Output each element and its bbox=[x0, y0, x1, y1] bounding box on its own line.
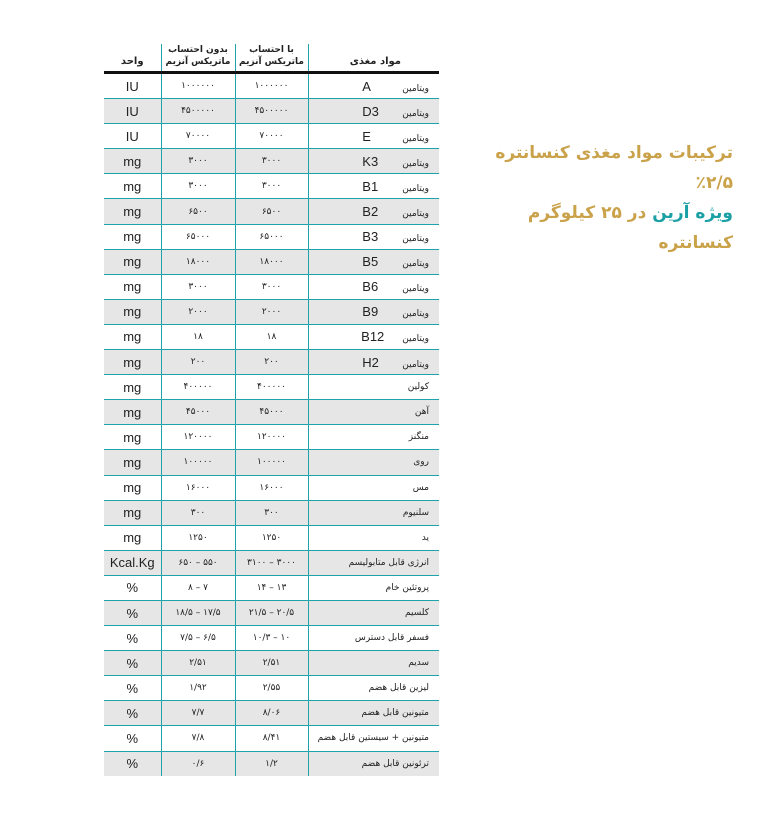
table-header-row: مواد مغذی با احتساب ماتریکس آنزیم بدون ا… bbox=[104, 44, 439, 73]
nutrient-name: انرژی قابل متابولیسم bbox=[349, 558, 429, 568]
value-without-matrix: ۳۰۰۰ bbox=[161, 174, 235, 199]
table-row: ترئونین قابل هضم۱/۲۰/۶% bbox=[104, 751, 439, 776]
value-with-matrix: ۲۰۰۰ bbox=[235, 299, 308, 324]
nutrient-name: سدیم bbox=[408, 658, 429, 668]
nutrient-code: B2 bbox=[362, 204, 384, 219]
nutrient-name: منگنز bbox=[409, 432, 429, 442]
nutrient-name: فسفر قابل دسترس bbox=[355, 633, 429, 643]
unit-cell: IU bbox=[104, 99, 161, 124]
value-with-matrix: ۱۲۵۰ bbox=[235, 525, 308, 550]
unit-cell: % bbox=[104, 626, 161, 651]
value-with-matrix: ۷۰۰۰۰ bbox=[235, 124, 308, 149]
value-with-matrix: ۳۰۰۰ bbox=[235, 274, 308, 299]
table-row: متیونین + سیستین قابل هضم۸/۴۱۷/۸% bbox=[104, 726, 439, 751]
table-row: انرژی قابل متابولیسم۳۰۰۰ – ۳۱۰۰۵۵۰ – ۶۵۰… bbox=[104, 550, 439, 575]
nutrient-name: ترئونین قابل هضم bbox=[362, 759, 429, 769]
nutrient-name-cell: مس bbox=[308, 475, 439, 500]
page-title: ترکیبات مواد مغذی کنسانتره ۲/۵٪ ویژه آری… bbox=[455, 138, 733, 258]
value-with-matrix: ۱۳ – ۱۴ bbox=[235, 575, 308, 600]
value-with-matrix: ۱۸ bbox=[235, 324, 308, 349]
value-without-matrix: ۱۲۰۰۰۰ bbox=[161, 425, 235, 450]
table-body: ویتامینA۱۰۰۰۰۰۰۱۰۰۰۰۰۰IUویتامینD3۴۵۰۰۰۰۰… bbox=[104, 73, 439, 776]
nutrient-code: A bbox=[362, 79, 384, 94]
value-without-matrix: ۴۵۰۰۰ bbox=[161, 400, 235, 425]
table-row: ویتامینB3۶۵۰۰۰۶۵۰۰۰mg bbox=[104, 224, 439, 249]
unit-cell: mg bbox=[104, 149, 161, 174]
unit-cell: mg bbox=[104, 375, 161, 400]
value-without-matrix: ۲۰۰ bbox=[161, 350, 235, 375]
nutrient-name: آهن bbox=[415, 407, 429, 417]
nutrient-name-cell: ویتامینH2 bbox=[308, 350, 439, 375]
nutrient-name: سلنیوم bbox=[403, 508, 429, 518]
table-row: ویتامینB2۶۵۰۰۶۵۰۰mg bbox=[104, 199, 439, 224]
nutrient-name-cell: متیونین قابل هضم bbox=[308, 701, 439, 726]
nutrient-name: مس bbox=[413, 483, 429, 493]
nutrient-name: متیونین + سیستین قابل هضم bbox=[318, 733, 429, 743]
table-row: فسفر قابل دسترس۱۰ – ۱۰/۳۶/۵ – ۷/۵% bbox=[104, 626, 439, 651]
table-row: ویتامینB6۳۰۰۰۳۰۰۰mg bbox=[104, 274, 439, 299]
unit-cell: % bbox=[104, 726, 161, 751]
table-row: ویتامینH2۲۰۰۲۰۰mg bbox=[104, 350, 439, 375]
unit-cell: mg bbox=[104, 500, 161, 525]
value-without-matrix: ۱۷/۵ – ۱۸/۵ bbox=[161, 600, 235, 625]
value-without-matrix: ۰/۶ bbox=[161, 751, 235, 776]
nutrient-name-cell: ید bbox=[308, 525, 439, 550]
nutrient-name: کلسیم bbox=[405, 608, 429, 618]
unit-cell: Kcal.Kg bbox=[104, 550, 161, 575]
value-without-matrix: ۳۰۰۰ bbox=[161, 149, 235, 174]
nutrient-code: B6 bbox=[362, 279, 384, 294]
value-with-matrix: ۲/۵۱ bbox=[235, 651, 308, 676]
value-with-matrix: ۴۵۰۰۰ bbox=[235, 400, 308, 425]
nutrient-name-cell: ویتامینB3 bbox=[308, 224, 439, 249]
title-highlight: ویژه آرین bbox=[652, 203, 733, 223]
value-with-matrix: ۳۰۰ bbox=[235, 500, 308, 525]
nutrient-name: ویتامین bbox=[402, 309, 429, 319]
nutrient-name: ویتامین bbox=[402, 84, 429, 94]
nutrient-name: ید bbox=[422, 533, 429, 543]
nutrient-name-cell: ویتامینB12 bbox=[308, 324, 439, 349]
nutrient-name-cell: سدیم bbox=[308, 651, 439, 676]
title-line-1: ترکیبات مواد مغذی کنسانتره ۲/۵٪ bbox=[455, 138, 733, 198]
value-with-matrix: ۱۰۰۰۰۰ bbox=[235, 450, 308, 475]
nutrient-name: ویتامین bbox=[402, 360, 429, 370]
unit-cell: mg bbox=[104, 350, 161, 375]
nutrient-name-cell: کولین bbox=[308, 375, 439, 400]
value-with-matrix: ۸/۰۶ bbox=[235, 701, 308, 726]
value-without-matrix: ۱۰۰۰۰۰ bbox=[161, 450, 235, 475]
nutrient-name-cell: فسفر قابل دسترس bbox=[308, 626, 439, 651]
nutrient-name-cell: لیزین قابل هضم bbox=[308, 676, 439, 701]
unit-cell: mg bbox=[104, 400, 161, 425]
table-row: متیونین قابل هضم۸/۰۶۷/۷% bbox=[104, 701, 439, 726]
table-row: آهن۴۵۰۰۰۴۵۰۰۰mg bbox=[104, 400, 439, 425]
value-without-matrix: ۳۰۰ bbox=[161, 500, 235, 525]
value-without-matrix: ۲/۵۱ bbox=[161, 651, 235, 676]
unit-cell: IU bbox=[104, 73, 161, 99]
value-without-matrix: ۶/۵ – ۷/۵ bbox=[161, 626, 235, 651]
unit-cell: % bbox=[104, 701, 161, 726]
unit-cell: mg bbox=[104, 174, 161, 199]
nutrient-name: متیونین قابل هضم bbox=[361, 708, 429, 718]
value-with-matrix: ۱۰ – ۱۰/۳ bbox=[235, 626, 308, 651]
nutrient-name: روی bbox=[413, 457, 429, 467]
value-with-matrix: ۸/۴۱ bbox=[235, 726, 308, 751]
nutrient-code: B5 bbox=[362, 254, 384, 269]
value-without-matrix: ۱/۹۲ bbox=[161, 676, 235, 701]
value-without-matrix: ۴۵۰۰۰۰۰ bbox=[161, 99, 235, 124]
nutrient-code: K3 bbox=[362, 154, 384, 169]
value-with-matrix: ۳۰۰۰ bbox=[235, 174, 308, 199]
unit-cell: % bbox=[104, 575, 161, 600]
value-with-matrix: ۳۰۰۰ bbox=[235, 149, 308, 174]
value-without-matrix: ۴۰۰۰۰۰ bbox=[161, 375, 235, 400]
table-row: روی۱۰۰۰۰۰۱۰۰۰۰۰mg bbox=[104, 450, 439, 475]
unit-cell: % bbox=[104, 651, 161, 676]
table-row: ویتامینB9۲۰۰۰۲۰۰۰mg bbox=[104, 299, 439, 324]
table-row: ویتامینB5۱۸۰۰۰۱۸۰۰۰mg bbox=[104, 249, 439, 274]
value-with-matrix: ۶۵۰۰ bbox=[235, 199, 308, 224]
nutrient-name: ویتامین bbox=[402, 184, 429, 194]
nutrient-name: پروتئین خام bbox=[386, 583, 429, 593]
unit-cell: mg bbox=[104, 249, 161, 274]
value-without-matrix: ۷/۸ bbox=[161, 726, 235, 751]
value-with-matrix: ۶۵۰۰۰ bbox=[235, 224, 308, 249]
nutrient-name-cell: انرژی قابل متابولیسم bbox=[308, 550, 439, 575]
value-with-matrix: ۱۰۰۰۰۰۰ bbox=[235, 73, 308, 99]
nutrient-code: B12 bbox=[361, 329, 384, 344]
unit-cell: mg bbox=[104, 475, 161, 500]
header-unit: واحد bbox=[104, 44, 161, 73]
nutrient-code: B3 bbox=[362, 229, 384, 244]
value-with-matrix: ۱۲۰۰۰۰ bbox=[235, 425, 308, 450]
value-with-matrix: ۱۶۰۰۰ bbox=[235, 475, 308, 500]
value-without-matrix: ۵۵۰ – ۶۵۰ bbox=[161, 550, 235, 575]
value-without-matrix: ۲۰۰۰ bbox=[161, 299, 235, 324]
nutrient-name-cell: ویتامینA bbox=[308, 73, 439, 99]
value-without-matrix: ۷/۷ bbox=[161, 701, 235, 726]
value-with-matrix: ۱۸۰۰۰ bbox=[235, 249, 308, 274]
value-without-matrix: ۱۶۰۰۰ bbox=[161, 475, 235, 500]
header-with-matrix: با احتساب ماتریکس آنزیم bbox=[235, 44, 308, 73]
nutrient-name-cell: ویتامینB9 bbox=[308, 299, 439, 324]
nutrient-code: B1 bbox=[362, 179, 384, 194]
table-row: کلسیم۲۰/۵ – ۲۱/۵۱۷/۵ – ۱۸/۵% bbox=[104, 600, 439, 625]
table-row: پروتئین خام۱۳ – ۱۴۷ – ۸% bbox=[104, 575, 439, 600]
unit-cell: % bbox=[104, 676, 161, 701]
value-with-matrix: ۳۰۰۰ – ۳۱۰۰ bbox=[235, 550, 308, 575]
unit-cell: mg bbox=[104, 450, 161, 475]
table-row: سدیم۲/۵۱۲/۵۱% bbox=[104, 651, 439, 676]
nutrient-name: کولین bbox=[408, 382, 429, 392]
title-line-2: ویژه آرین در ۲۵ کیلوگرم کنسانتره bbox=[455, 198, 733, 258]
table-row: ویتامینK3۳۰۰۰۳۰۰۰mg bbox=[104, 149, 439, 174]
header-nutrient: مواد مغذی bbox=[308, 44, 439, 73]
nutrient-code: D3 bbox=[362, 104, 384, 119]
value-without-matrix: ۶۵۰۰ bbox=[161, 199, 235, 224]
unit-cell: % bbox=[104, 751, 161, 776]
value-with-matrix: ۲۰۰ bbox=[235, 350, 308, 375]
unit-cell: mg bbox=[104, 274, 161, 299]
nutrient-name: ویتامین bbox=[402, 334, 429, 344]
table-row: سلنیوم۳۰۰۳۰۰mg bbox=[104, 500, 439, 525]
table-row: ویتامینE۷۰۰۰۰۷۰۰۰۰IU bbox=[104, 124, 439, 149]
nutrient-name-cell: ویتامینB1 bbox=[308, 174, 439, 199]
unit-cell: % bbox=[104, 600, 161, 625]
value-without-matrix: ۱۲۵۰ bbox=[161, 525, 235, 550]
nutrient-name-cell: ویتامینK3 bbox=[308, 149, 439, 174]
table-row: ویتامینD3۴۵۰۰۰۰۰۴۵۰۰۰۰۰IU bbox=[104, 99, 439, 124]
unit-cell: mg bbox=[104, 224, 161, 249]
nutrient-name: ویتامین bbox=[402, 259, 429, 269]
table-row: ویتامینA۱۰۰۰۰۰۰۱۰۰۰۰۰۰IU bbox=[104, 73, 439, 99]
value-without-matrix: ۱۰۰۰۰۰۰ bbox=[161, 73, 235, 99]
value-with-matrix: ۴۰۰۰۰۰ bbox=[235, 375, 308, 400]
nutrient-name-cell: پروتئین خام bbox=[308, 575, 439, 600]
unit-cell: IU bbox=[104, 124, 161, 149]
unit-cell: mg bbox=[104, 525, 161, 550]
nutrient-name: لیزین قابل هضم bbox=[369, 683, 429, 693]
nutrient-name-cell: کلسیم bbox=[308, 600, 439, 625]
value-with-matrix: ۲۰/۵ – ۲۱/۵ bbox=[235, 600, 308, 625]
nutrient-name-cell: ترئونین قابل هضم bbox=[308, 751, 439, 776]
table-row: لیزین قابل هضم۲/۵۵۱/۹۲% bbox=[104, 676, 439, 701]
nutrient-name-cell: ویتامینD3 bbox=[308, 99, 439, 124]
value-with-matrix: ۴۵۰۰۰۰۰ bbox=[235, 99, 308, 124]
value-with-matrix: ۲/۵۵ bbox=[235, 676, 308, 701]
value-without-matrix: ۳۰۰۰ bbox=[161, 274, 235, 299]
table-row: ید۱۲۵۰۱۲۵۰mg bbox=[104, 525, 439, 550]
nutrient-name: ویتامین bbox=[402, 159, 429, 169]
nutrient-name-cell: متیونین + سیستین قابل هضم bbox=[308, 726, 439, 751]
nutrient-name: ویتامین bbox=[402, 134, 429, 144]
header-without-matrix: بدون احتساب ماتریکس آنزیم bbox=[161, 44, 235, 73]
table-row: منگنز۱۲۰۰۰۰۱۲۰۰۰۰mg bbox=[104, 425, 439, 450]
value-without-matrix: ۱۸ bbox=[161, 324, 235, 349]
nutrient-name-cell: سلنیوم bbox=[308, 500, 439, 525]
nutrient-name: ویتامین bbox=[402, 284, 429, 294]
value-without-matrix: ۷ – ۸ bbox=[161, 575, 235, 600]
nutrient-name-cell: منگنز bbox=[308, 425, 439, 450]
nutrient-name-cell: ویتامینB2 bbox=[308, 199, 439, 224]
unit-cell: mg bbox=[104, 299, 161, 324]
nutrient-code: E bbox=[362, 129, 384, 144]
nutrient-name: ویتامین bbox=[402, 209, 429, 219]
value-without-matrix: ۱۸۰۰۰ bbox=[161, 249, 235, 274]
table-row: ویتامینB12۱۸۱۸mg bbox=[104, 324, 439, 349]
nutrient-name: ویتامین bbox=[402, 234, 429, 244]
unit-cell: mg bbox=[104, 425, 161, 450]
unit-cell: mg bbox=[104, 199, 161, 224]
table-row: مس۱۶۰۰۰۱۶۰۰۰mg bbox=[104, 475, 439, 500]
nutrient-name-cell: ویتامینB5 bbox=[308, 249, 439, 274]
nutrient-table: مواد مغذی با احتساب ماتریکس آنزیم بدون ا… bbox=[104, 44, 439, 776]
nutrient-code: H2 bbox=[362, 355, 384, 370]
value-without-matrix: ۶۵۰۰۰ bbox=[161, 224, 235, 249]
nutrient-name-cell: ویتامینE bbox=[308, 124, 439, 149]
nutrient-name-cell: ویتامینB6 bbox=[308, 274, 439, 299]
table-row: ویتامینB1۳۰۰۰۳۰۰۰mg bbox=[104, 174, 439, 199]
unit-cell: mg bbox=[104, 324, 161, 349]
nutrient-name: ویتامین bbox=[402, 109, 429, 119]
nutrient-code: B9 bbox=[362, 304, 384, 319]
nutrient-name-cell: آهن bbox=[308, 400, 439, 425]
table-row: کولین۴۰۰۰۰۰۴۰۰۰۰۰mg bbox=[104, 375, 439, 400]
value-with-matrix: ۱/۲ bbox=[235, 751, 308, 776]
nutrient-name-cell: روی bbox=[308, 450, 439, 475]
value-without-matrix: ۷۰۰۰۰ bbox=[161, 124, 235, 149]
